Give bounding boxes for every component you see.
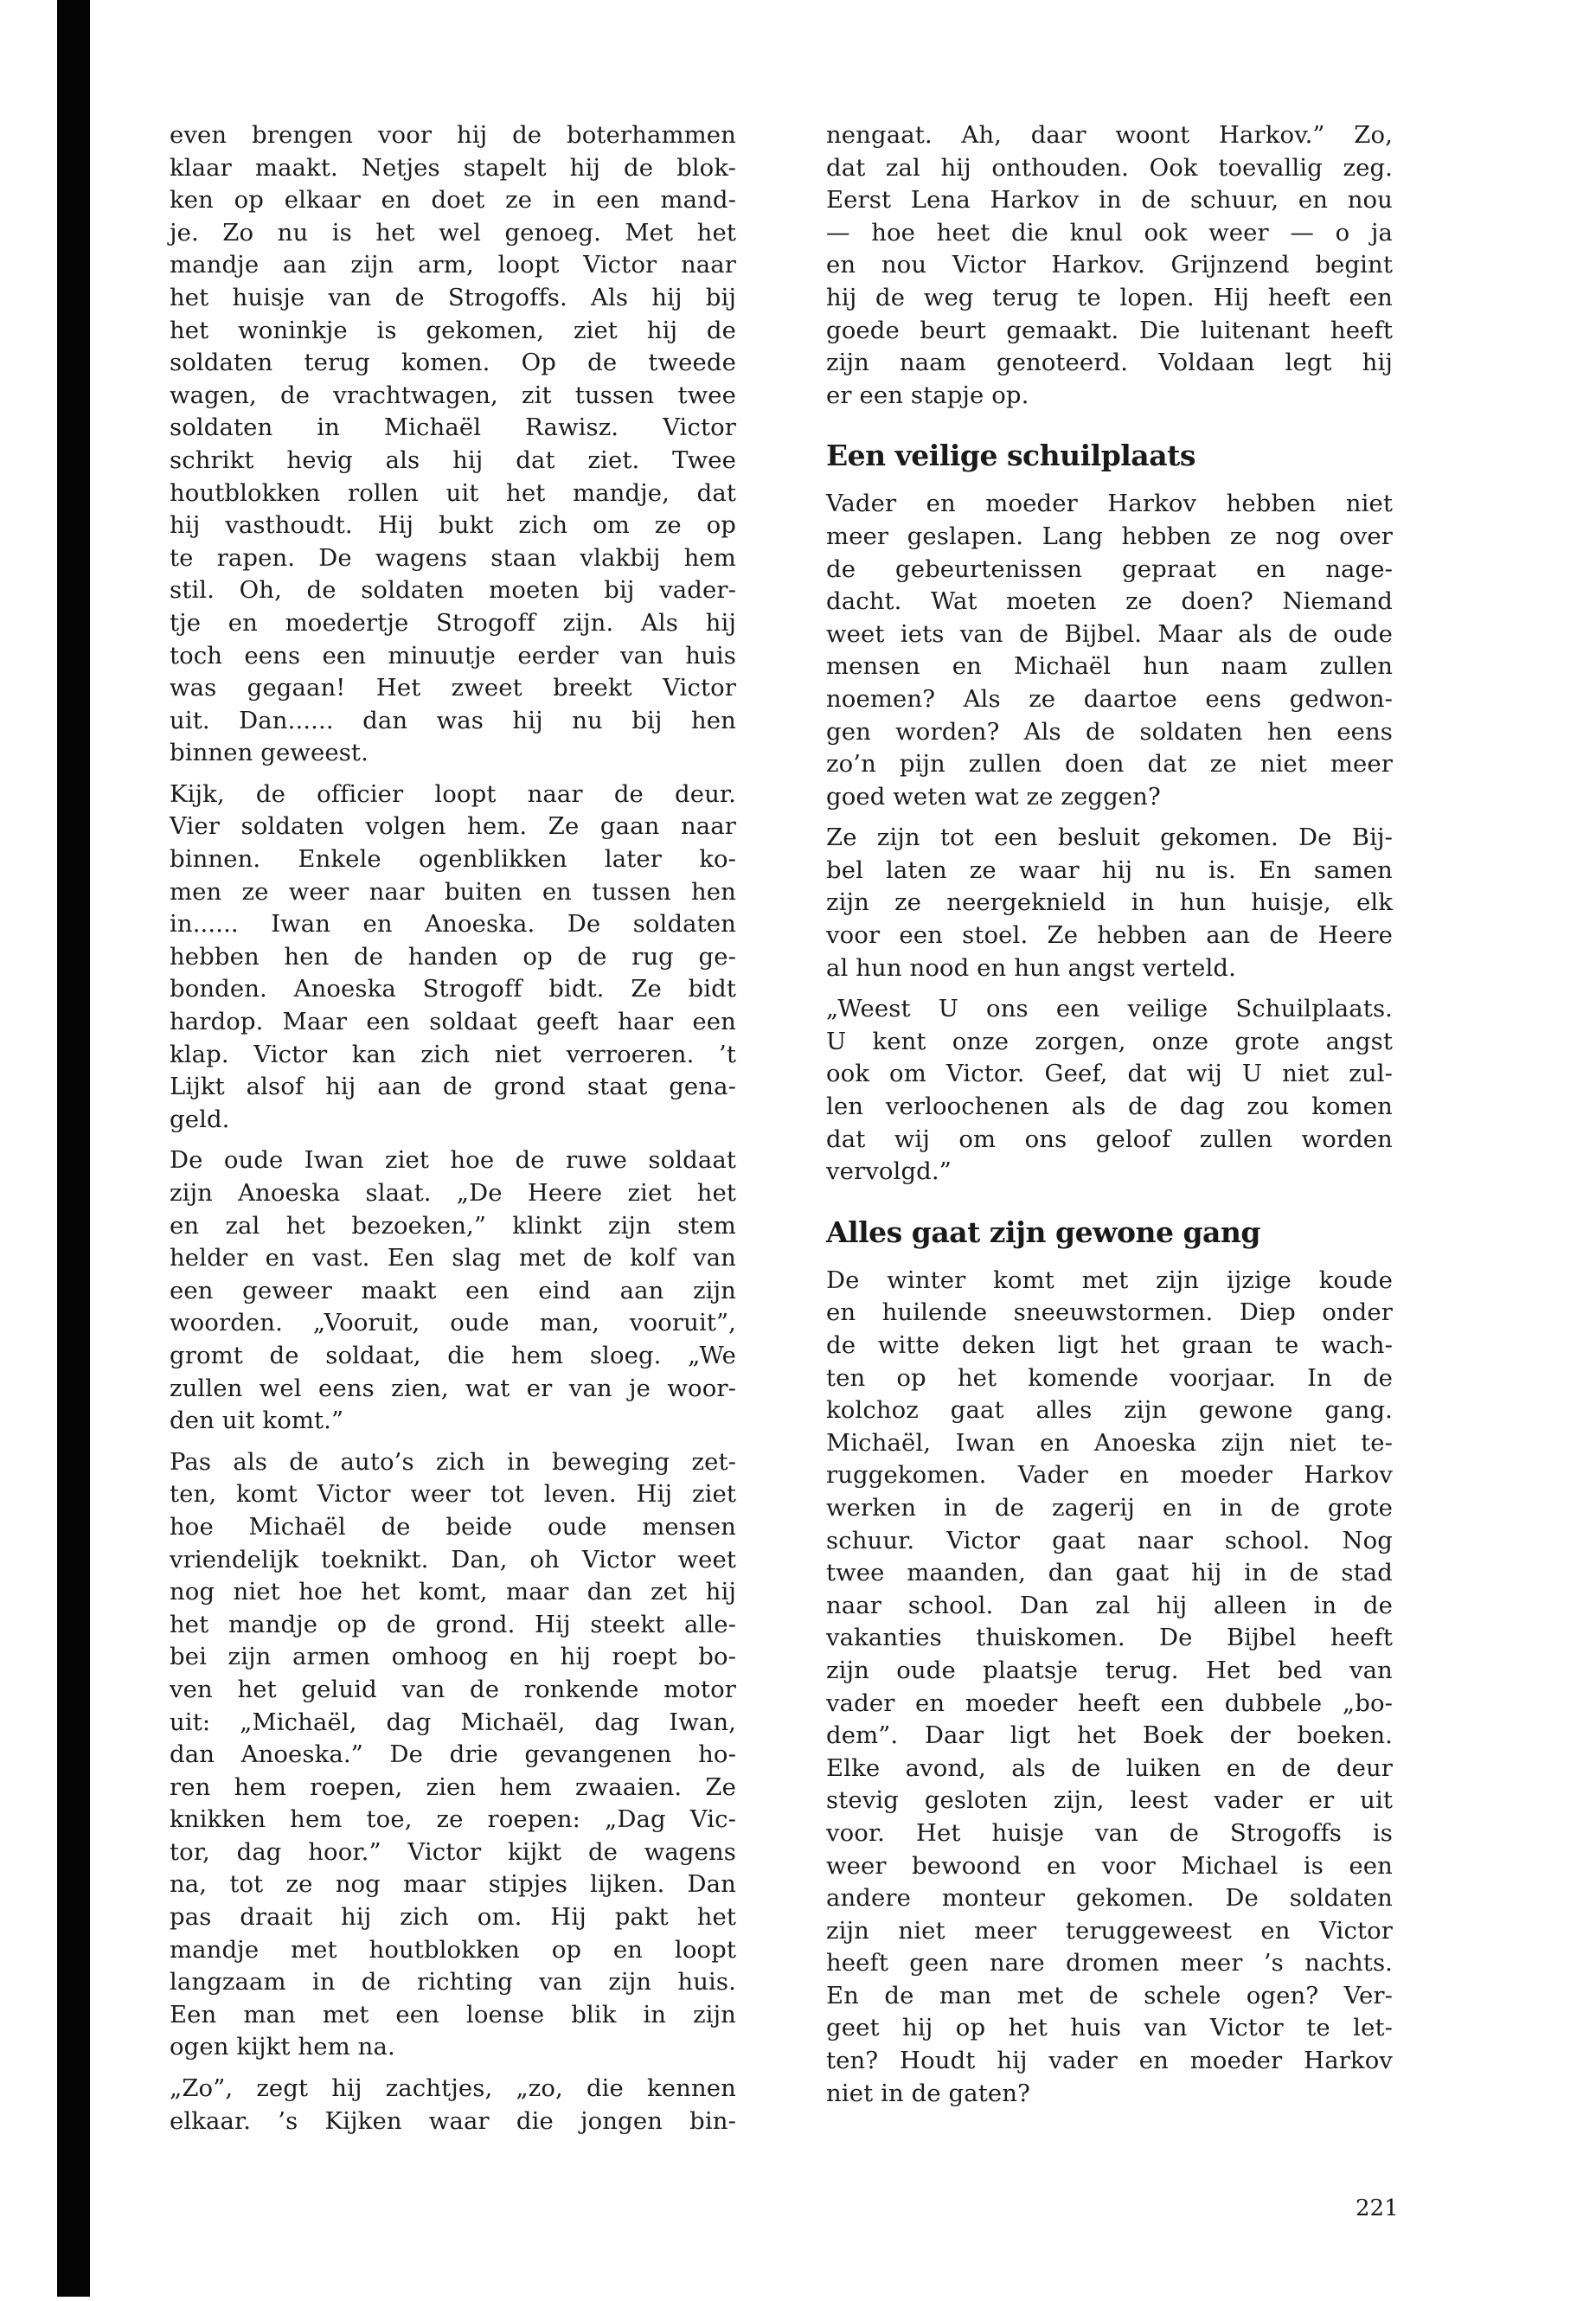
text-line: pas draait hij zich om. Hij pakt het <box>170 1901 736 1934</box>
text-line: len verloochenen als de dag zou komen <box>826 1091 1393 1124</box>
text-line: „Zo”, zegt hij zachtjes, „zo, die kennen <box>170 2073 736 2106</box>
text-line: ven het geluid van de ronkende motor <box>170 1674 736 1707</box>
paragraph: even brengen voor hij de boterhammen kla… <box>170 119 736 770</box>
text-line: ten? Houdt hij vader en moeder Harkov <box>826 2045 1393 2078</box>
text-line: Vier soldaten volgen hem. Ze gaan naar <box>170 811 736 843</box>
paragraph-gap <box>170 2064 736 2073</box>
text-line: hardop. Maar een soldaat geeft haar een <box>170 1006 736 1039</box>
paragraph-gap <box>170 1438 736 1446</box>
text-line: goed weten wat ze zeggen? <box>826 781 1393 814</box>
text-line: binnen geweest. <box>170 737 736 770</box>
text-line: gromt de soldaat, die hem sloeg. „We <box>170 1340 736 1373</box>
text-line: Een man met een loense blik in zijn <box>170 1999 736 2032</box>
text-line: ruggekomen. Vader en moeder Harkov <box>826 1459 1393 1492</box>
text-line: uit: „Michaël, dag Michaël, dag Iwan, <box>170 1707 736 1740</box>
text-line: zullen wel eens zien, wat er van je woor… <box>170 1373 736 1406</box>
text-line: voor. Het huisje van de Strogoffs is <box>826 1817 1393 1850</box>
text-line: en huilende sneeuwstormen. Diep onder <box>826 1297 1393 1330</box>
text-line: meer geslapen. Lang hebben ze nog over <box>826 521 1393 554</box>
paragraph: Ze zijn tot een besluit gekomen. De Bij-… <box>826 822 1393 984</box>
text-line: vervolgd.” <box>826 1156 1393 1189</box>
paragraph-gap <box>170 1136 736 1144</box>
text-line: De oude Iwan ziet hoe de ruwe soldaat <box>170 1144 736 1177</box>
binding-edge <box>57 0 90 2297</box>
text-line: vader en moeder heeft een dubbele „bo- <box>826 1688 1393 1721</box>
text-line: helder en vast. Een slag met de kolf van <box>170 1242 736 1275</box>
text-line: en zal het bezoeken,” klinkt zijn stem <box>170 1210 736 1243</box>
text-line: dat wij om ons geloof zullen worden <box>826 1124 1393 1157</box>
paragraph-gap <box>826 813 1393 822</box>
text-line: al hun nood en hun angst verteld. <box>826 952 1393 985</box>
text-line: U kent onze zorgen, onze grote angst <box>826 1026 1393 1059</box>
text-line: ten, komt Victor weer tot leven. Hij zie… <box>170 1478 736 1511</box>
text-line: zijn oude plaatsje terug. Het bed van <box>826 1655 1393 1688</box>
text-line: Kijk, de officier loopt naar de deur. <box>170 779 736 811</box>
text-line: bel laten ze waar hij nu is. En samen <box>826 855 1393 888</box>
paragraph-gap <box>826 984 1393 993</box>
text-line: tor, dag hoor.” Victor kijkt de wagens <box>170 1836 736 1869</box>
text-line: zo’n pijn zullen doen dat ze niet meer <box>826 748 1393 781</box>
text-line: het huisje van de Strogoffs. Als hij bij <box>170 282 736 315</box>
text-line: Michaël, Iwan en Anoeska zijn niet te- <box>826 1427 1393 1460</box>
text-line: hij vasthoudt. Hij bukt zich om ze op <box>170 510 736 542</box>
paragraph: Vader en moeder Harkov hebben niet meer … <box>826 488 1393 813</box>
text-line: je. Zo nu is het wel genoeg. Met het <box>170 217 736 250</box>
text-line: het woninkje is gekomen, ziet hij de <box>170 315 736 348</box>
text-line: ken op elkaar en doet ze in een mand- <box>170 184 736 217</box>
right-column: nengaat. Ah, daar woont Harkov.” Zo, dat… <box>826 119 1393 2110</box>
text-line: andere monteur gekomen. De soldaten <box>826 1882 1393 1915</box>
text-line: ren hem roepen, zien hem zwaaien. Ze <box>170 1772 736 1804</box>
text-line: bonden. Anoeska Strogoff bidt. Ze bidt <box>170 973 736 1006</box>
paragraph: De oude Iwan ziet hoe de ruwe soldaat zi… <box>170 1144 736 1437</box>
text-line: soldaten in Michaël Rawisz. Victor <box>170 412 736 445</box>
text-line: dacht. Wat moeten ze doen? Niemand <box>826 586 1393 619</box>
text-line: ten op het komende voorjaar. In de <box>826 1362 1393 1395</box>
text-line: dem”. Daar ligt het Boek der boeken. <box>826 1720 1393 1753</box>
text-line: woorden. „Vooruit, oude man, vooruit”, <box>170 1307 736 1340</box>
text-line: soldaten terug komen. Op de tweede <box>170 347 736 380</box>
text-line: klaar maakt. Netjes stapelt hij de blok- <box>170 152 736 185</box>
text-line: zijn ze neergeknield in hun huisje, elk <box>826 887 1393 920</box>
paragraph: Pas als de auto’s zich in beweging zet- … <box>170 1446 736 2064</box>
text-line: heeft geen nare dromen meer ’s nachts. <box>826 1947 1393 1980</box>
paragraph: „Zo”, zegt hij zachtjes, „zo, die kennen… <box>170 2073 736 2138</box>
paragraph: nengaat. Ah, daar woont Harkov.” Zo, dat… <box>826 119 1393 412</box>
section-heading: Een veilige schuilplaats <box>826 431 1393 481</box>
text-line: geld. <box>170 1104 736 1137</box>
text-line: en nou Victor Harkov. Grijnzend begint <box>826 249 1393 282</box>
text-line: nog niet hoe het komt, maar dan zet hij <box>170 1576 736 1609</box>
paragraph: De winter komt met zijn ijzige koude en … <box>826 1265 1393 2110</box>
text-line: werken in de zagerij en in de grote <box>826 1492 1393 1525</box>
text-line: Vader en moeder Harkov hebben niet <box>826 488 1393 521</box>
text-line: zijn niet meer teruggeweest en Victor <box>826 1915 1393 1948</box>
text-line: ook om Victor. Geef, dat wij U niet zul- <box>826 1058 1393 1091</box>
text-line: stevig gesloten zijn, leest vader er uit <box>826 1785 1393 1817</box>
text-line: schuur. Victor gaat naar school. Nog <box>826 1525 1393 1558</box>
text-line: mandje met houtblokken op en loopt <box>170 1934 736 1967</box>
paragraph: „Weest U ons een veilige Schuilplaats. U… <box>826 993 1393 1189</box>
text-line: het mandje op de grond. Hij steekt alle- <box>170 1609 736 1642</box>
text-line: hij de weg terug te lopen. Hij heeft een <box>826 282 1393 315</box>
text-line: tje en moedertje Strogoff zijn. Als hij <box>170 607 736 640</box>
text-line: klap. Victor kan zich niet verroeren. ’t <box>170 1039 736 1072</box>
text-line: zijn Anoeska slaat. „De Heere ziet het <box>170 1177 736 1210</box>
text-line: Elke avond, als de luiken en de deur <box>826 1753 1393 1785</box>
text-line: houtblokken rollen uit het mandje, dat <box>170 478 736 510</box>
text-line: Pas als de auto’s zich in beweging zet- <box>170 1446 736 1479</box>
left-column: even brengen voor hij de boterhammen kla… <box>170 119 736 2138</box>
text-line: De winter komt met zijn ijzige koude <box>826 1265 1393 1298</box>
text-line: mandje aan zijn arm, loopt Victor naar <box>170 249 736 282</box>
text-line: ogen kijkt hem na. <box>170 2031 736 2064</box>
text-line: knikken hem toe, ze roepen: „Dag Vic- <box>170 1804 736 1836</box>
text-line: voor een stoel. Ze hebben aan de Heere <box>826 920 1393 952</box>
text-line: niet in de gaten? <box>826 2078 1393 2111</box>
text-line: te rapen. De wagens staan vlakbij hem <box>170 542 736 575</box>
text-line: dan Anoeska.” De drie gevangenen ho- <box>170 1739 736 1772</box>
text-line: den uit komt.” <box>170 1405 736 1438</box>
text-line: mensen en Michaël hun naam zullen <box>826 651 1393 683</box>
text-line: na, tot ze nog maar stipjes lijken. Dan <box>170 1868 736 1901</box>
text-line: even brengen voor hij de boterhammen <box>170 119 736 152</box>
text-line: wagen, de vrachtwagen, zit tussen twee <box>170 380 736 413</box>
text-line: zijn naam genoteerd. Voldaan legt hij <box>826 347 1393 380</box>
text-line: geet hij op het huis van Victor te let- <box>826 2012 1393 2045</box>
text-line: hoe Michaël de beide oude mensen <box>170 1511 736 1544</box>
text-line: En de man met de schele ogen? Ver- <box>826 1980 1393 2013</box>
text-line: gen worden? Als de soldaten hen eens <box>826 716 1393 749</box>
text-line: bei zijn armen omhoog en hij roept bo- <box>170 1641 736 1674</box>
text-line: elkaar. ’s Kijken waar die jongen bin- <box>170 2106 736 2138</box>
text-line: in...... Iwan en Anoeska. De soldaten <box>170 908 736 941</box>
text-line: langzaam in de richting van zijn huis. <box>170 1966 736 1999</box>
text-line: stil. Oh, de soldaten moeten bij vader- <box>170 574 736 607</box>
text-line: schrikt hevig als hij dat ziet. Twee <box>170 445 736 478</box>
text-line: Eerst Lena Harkov in de schuur, en nou <box>826 184 1393 217</box>
text-line: kolchoz gaat alles zijn gewone gang. <box>826 1394 1393 1427</box>
text-line: de gebeurtenissen gepraat en nage- <box>826 554 1393 586</box>
text-line: Lijkt alsof hij aan de grond staat gena- <box>170 1071 736 1104</box>
paragraph: Kijk, de officier loopt naar de deur. Vi… <box>170 779 736 1137</box>
text-line: uit. Dan...... dan was hij nu bij hen <box>170 705 736 738</box>
text-line: vakanties thuiskomen. De Bijbel heeft <box>826 1622 1393 1655</box>
text-line: men ze weer naar buiten en tussen hen <box>170 876 736 909</box>
text-line: noemen? Als ze daartoe eens gedwon- <box>826 683 1393 716</box>
text-line: dat zal hij onthouden. Ook toevallig zeg… <box>826 152 1393 185</box>
text-line: „Weest U ons een veilige Schuilplaats. <box>826 993 1393 1026</box>
text-line: binnen. Enkele ogenblikken later ko- <box>170 843 736 876</box>
section-heading: Alles gaat zijn gewone gang <box>826 1208 1393 1258</box>
text-line: — hoe heet die knul ook weer — o ja <box>826 217 1393 250</box>
text-line: de witte deken ligt het graan te wach- <box>826 1330 1393 1362</box>
text-line: een geweer maakt een eind aan zijn <box>170 1275 736 1308</box>
text-line: goede beurt gemaakt. Die luitenant heeft <box>826 315 1393 348</box>
text-line: vriendelijk toeknikt. Dan, oh Victor wee… <box>170 1544 736 1577</box>
text-line: was gegaan! Het zweet breekt Victor <box>170 672 736 705</box>
text-line: weet iets van de Bijbel. Maar als de oud… <box>826 619 1393 651</box>
text-line: twee maanden, dan gaat hij in de stad <box>826 1557 1393 1590</box>
text-line: weer bewoond en voor Michael is een <box>826 1850 1393 1883</box>
text-line: toch eens een minuutje eerder van huis <box>170 640 736 673</box>
text-line: er een stapje op. <box>826 380 1393 413</box>
text-line: nengaat. Ah, daar woont Harkov.” Zo, <box>826 119 1393 152</box>
text-line: naar school. Dan zal hij alleen in de <box>826 1590 1393 1623</box>
page-number: 221 <box>1356 2195 1399 2221</box>
text-line: Ze zijn tot een besluit gekomen. De Bij- <box>826 822 1393 855</box>
text-line: hebben hen de handen op de rug ge- <box>170 941 736 974</box>
paragraph-gap <box>170 770 736 779</box>
